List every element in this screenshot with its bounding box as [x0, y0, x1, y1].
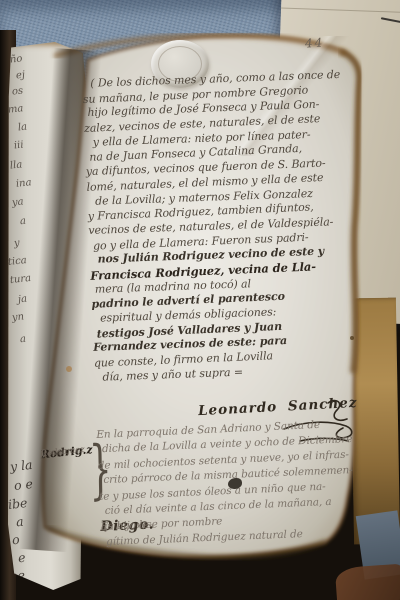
foxing-spot: [350, 336, 354, 340]
first-entry-text: ( De los dichos mes y año, como a las on…: [82, 66, 373, 386]
manuscript-photo: ño ej os ma la iii lla ina ya a y tica t…: [0, 0, 400, 600]
page-number: 44: [305, 35, 325, 50]
foxing-spot: [66, 366, 72, 372]
